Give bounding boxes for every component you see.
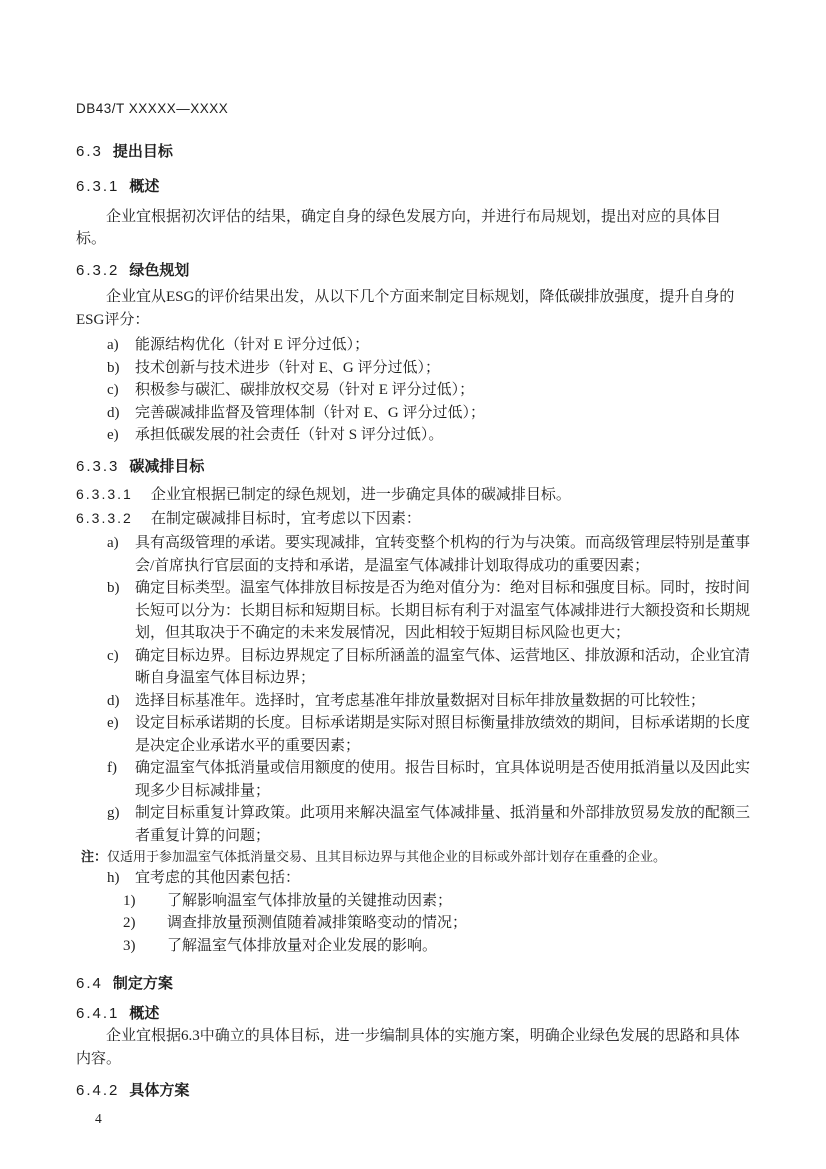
paragraph-6-3-1: 企业宜根据初次评估的结果，确定自身的绿色发展方向，并进行布局规划，提出对应的具体… — [76, 206, 750, 251]
section-heading-6-3-2: 6.3.2绿色规划 — [76, 260, 750, 283]
sublist-item-text: 调查排放量预测值随着减排策略变动的情况； — [167, 915, 467, 931]
list-item: b)确定目标类型。温室气体排放目标按是否为绝对值分为：绝对目标和强度目标。同时，… — [76, 577, 750, 645]
list-item-label: g) — [107, 802, 120, 825]
list-item-label: d) — [107, 690, 120, 713]
list-6-3-3: a)具有高级管理的承诺。要实现减排，宜转变整个机构的行为与决策。而高级管理层特别… — [76, 532, 750, 847]
section-heading-6-3-1: 6.3.1概述 — [76, 176, 750, 199]
sublist-item: 2)调查排放量预测值随着减排策略变动的情况； — [76, 912, 750, 935]
section-title: 概述 — [129, 178, 159, 195]
list-item-label: c) — [107, 645, 119, 668]
list-item: a)能源结构优化（针对 E 评分过低）； — [76, 334, 750, 357]
section-title: 提出目标 — [113, 143, 173, 160]
section-number: 6.3.1 — [76, 178, 119, 195]
section-number: 6.4.2 — [76, 1082, 119, 1099]
list-item-label: f) — [107, 757, 117, 780]
sublist-6-3-3-h: 1)了解影响温室气体排放量的关键推动因素； 2)调查排放量预测值随着减排策略变动… — [76, 890, 750, 958]
list-item: c)积极参与碳汇、碳排放权交易（针对 E 评分过低）； — [76, 379, 750, 402]
list-item-text: 积极参与碳汇、碳排放权交易（针对 E 评分过低）； — [135, 382, 474, 398]
list-item-text: 技术创新与技术进步（针对 E、G 评分过低）； — [135, 360, 440, 376]
section-heading-6-3-3: 6.3.3碳减排目标 — [76, 456, 750, 479]
section-title: 具体方案 — [129, 1082, 189, 1099]
section-title: 制定方案 — [113, 975, 173, 992]
list-item: b)技术创新与技术进步（针对 E、G 评分过低）； — [76, 357, 750, 380]
note-label: 注： — [81, 849, 107, 864]
list-item: a)具有高级管理的承诺。要实现减排，宜转变整个机构的行为与决策。而高级管理层特别… — [76, 532, 750, 577]
list-item-text: 确定温室气体抵消量或信用额度的使用。报告目标时，宜具体说明是否使用抵消量以及因此… — [135, 760, 750, 799]
sublist-item-text: 了解温室气体排放量对企业发展的影响。 — [167, 938, 437, 954]
list-item: e)承担低碳发展的社会责任（针对 S 评分过低）。 — [76, 424, 750, 447]
clause-text: 企业宜根据已制定的绿色规划，进一步确定具体的碳减排目标。 — [151, 487, 571, 503]
list-item-label: e) — [107, 424, 119, 447]
list-item-text: 选择目标基准年。选择时，宜考虑基准年排放量数据对目标年排放量数据的可比较性； — [135, 693, 705, 709]
list-item: e)设定目标承诺期的长度。目标承诺期是实际对照目标衡量排放绩效的期间，目标承诺期… — [76, 712, 750, 757]
list-item-text: 具有高级管理的承诺。要实现减排，宜转变整个机构的行为与决策。而高级管理层特别是董… — [135, 535, 750, 574]
section-title: 概述 — [129, 1005, 159, 1022]
section-number: 6.3.3 — [76, 458, 119, 475]
list-item-text: 完善碳减排监督及管理体制（针对 E、G 评分过低）； — [135, 405, 485, 421]
section-number: 6.3.2 — [76, 262, 119, 279]
note-6-3-3: 注：仅适用于参加温室气体抵消量交易、且其目标边界与其他企业的目标或外部计划存在重… — [81, 847, 750, 867]
sublist-item-text: 了解影响温室气体排放量的关键推动因素； — [167, 893, 452, 909]
list-6-3-2: a)能源结构优化（针对 E 评分过低）； b)技术创新与技术进步（针对 E、G … — [76, 334, 750, 447]
section-number: 6.4 — [76, 975, 103, 992]
page-number: 4 — [95, 1108, 750, 1131]
clause-number: 6.3.3.1 — [76, 486, 133, 502]
sublist-item-label: 1) — [123, 890, 136, 913]
clause-text: 在制定碳减排目标时，宜考虑以下因素： — [151, 511, 421, 527]
clause-6-3-3-2: 6.3.3.2在制定碳减排目标时，宜考虑以下因素： — [76, 507, 750, 531]
section-title: 绿色规划 — [129, 262, 189, 279]
list-item: g)制定目标重复计算政策。此项用来解决温室气体减排量、抵消量和外部排放贸易发放的… — [76, 802, 750, 847]
section-heading-6-4-1: 6.4.1概述 — [76, 1003, 750, 1026]
section-title: 碳减排目标 — [129, 458, 204, 475]
doc-number: DB43/T XXXXX—XXXX — [76, 98, 750, 121]
clause-6-3-3-1: 6.3.3.1企业宜根据已制定的绿色规划，进一步确定具体的碳减排目标。 — [76, 483, 750, 507]
sublist-item: 3)了解温室气体排放量对企业发展的影响。 — [76, 935, 750, 958]
list-item-text: 宜考虑的其他因素包括： — [135, 870, 300, 886]
document-page: DB43/T XXXXX—XXXX 6.3提出目标 6.3.1概述 企业宜根据初… — [0, 0, 826, 1169]
list-item-text: 确定目标类型。温室气体排放目标按是否为绝对值分为：绝对目标和强度目标。同时，按时… — [135, 580, 750, 641]
paragraph-6-3-2: 企业宜从ESG的评价结果出发，从以下几个方面来制定目标规划，降低碳排放强度，提升… — [76, 286, 750, 331]
section-number: 6.3 — [76, 143, 103, 160]
list-item: d)选择目标基准年。选择时，宜考虑基准年排放量数据对目标年排放量数据的可比较性； — [76, 690, 750, 713]
list-item-label: e) — [107, 712, 119, 735]
list-item-label: b) — [107, 357, 120, 380]
list-item-label: b) — [107, 577, 120, 600]
note-text: 仅适用于参加温室气体抵消量交易、且其目标边界与其他企业的目标或外部计划存在重叠的… — [107, 849, 666, 864]
section-heading-6-4: 6.4制定方案 — [76, 973, 750, 996]
section-heading-6-4-2: 6.4.2具体方案 — [76, 1080, 750, 1103]
list-item-label: c) — [107, 379, 119, 402]
list-item: c)确定目标边界。目标边界规定了目标所涵盖的温室气体、运营地区、排放源和活动，企… — [76, 645, 750, 690]
list-item-label: a) — [107, 532, 119, 555]
list-item-text: 承担低碳发展的社会责任（针对 S 评分过低）。 — [135, 427, 443, 443]
list-item-text: 设定目标承诺期的长度。目标承诺期是实际对照目标衡量排放绩效的期间，目标承诺期的长… — [135, 715, 750, 754]
list-item-label: d) — [107, 402, 120, 425]
list-item: f)确定温室气体抵消量或信用额度的使用。报告目标时，宜具体说明是否使用抵消量以及… — [76, 757, 750, 802]
clause-number: 6.3.3.2 — [76, 510, 133, 526]
sublist-item-label: 3) — [123, 935, 136, 958]
list-item-label: h) — [107, 867, 120, 890]
section-heading-6-3: 6.3提出目标 — [76, 141, 750, 164]
sublist-item-label: 2) — [123, 912, 136, 935]
list-item-text: 能源结构优化（针对 E 评分过低）； — [135, 337, 369, 353]
list-item-text: 确定目标边界。目标边界规定了目标所涵盖的温室气体、运营地区、排放源和活动，企业宜… — [135, 648, 750, 687]
sublist-item: 1)了解影响温室气体排放量的关键推动因素； — [76, 890, 750, 913]
list-item-h: h)宜考虑的其他因素包括： — [76, 867, 750, 890]
paragraph-6-4-1: 企业宜根据6.3中确立的具体目标，进一步编制具体的实施方案，明确企业绿色发展的思… — [76, 1025, 750, 1070]
list-item-label: a) — [107, 334, 119, 357]
list-item: d)完善碳减排监督及管理体制（针对 E、G 评分过低）； — [76, 402, 750, 425]
section-number: 6.4.1 — [76, 1005, 119, 1022]
list-item-text: 制定目标重复计算政策。此项用来解决温室气体减排量、抵消量和外部排放贸易发放的配额… — [135, 805, 750, 844]
